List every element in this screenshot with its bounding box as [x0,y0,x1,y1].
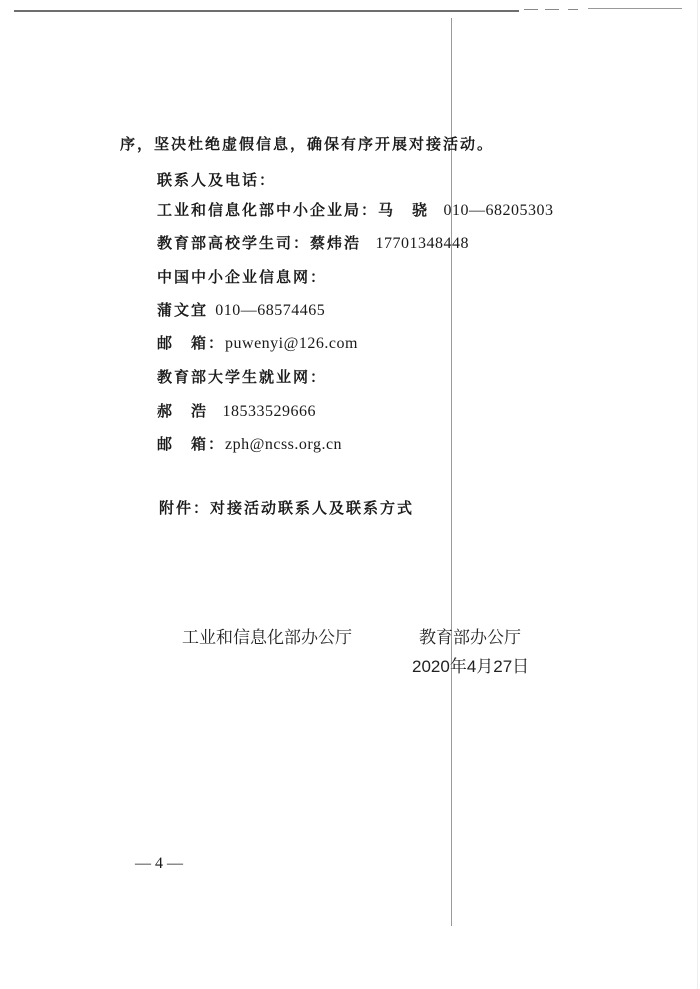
moe-contact: 教育部高校学生司：蔡炜浩 17701348448 [157,232,469,253]
sme-contact-name: 蒲文宜 [157,301,208,319]
ncss-contact-phone: 18533529666 [222,403,316,420]
miit-contact-label: 工业和信息化部中小企业局：马 骁 [157,201,429,219]
ncss-email-address: zph@ncss.org.cn [225,436,342,453]
sme-email-address: puwenyi@126.com [225,335,358,352]
header-rule [14,10,519,12]
ncss-network-contact: 郝 浩 18533529666 [157,400,316,421]
scan-edge-line [697,0,698,989]
issuer-moe-office: 教育部办公厅 [419,623,521,648]
ncss-network-email: 邮 箱：zph@ncss.org.cn [157,433,342,454]
sme-network-email: 邮 箱：puwenyi@126.com [157,332,358,353]
sme-email-label: 邮 箱： [157,334,225,352]
contacts-heading: 联系人及电话： [157,169,276,190]
header-rule-dash [568,9,578,10]
sme-contact-phone: 010—68574465 [215,302,325,319]
moe-contact-phone: 17701348448 [375,235,469,252]
attachment-note: 附件：对接活动联系人及联系方式 [159,497,414,518]
header-rule-dash [545,9,559,10]
sme-network-heading: 中国中小企业信息网： [157,266,327,287]
closing-paragraph: 序，坚决杜绝虚假信息，确保有序开展对接活动。 [120,133,494,154]
miit-contact-phone: 010—68205303 [443,202,553,219]
issuer-miit-office: 工业和信息化部办公厅 [182,623,352,648]
page-number: — 4 — [135,855,183,873]
ncss-contact-name: 郝 浩 [157,402,208,420]
header-rule [588,8,682,9]
miit-contact: 工业和信息化部中小企业局：马 骁 010—68205303 [157,199,553,220]
ncss-network-heading: 教育部大学生就业网： [157,366,327,387]
moe-contact-label: 教育部高校学生司：蔡炜浩 [157,234,361,252]
sme-network-contact: 蒲文宜 010—68574465 [157,299,325,320]
issue-date: 2020年4月27日 [412,652,529,677]
ncss-email-label: 邮 箱： [157,435,225,453]
scan-fold-line [451,18,452,926]
header-rule-dash [524,9,538,10]
